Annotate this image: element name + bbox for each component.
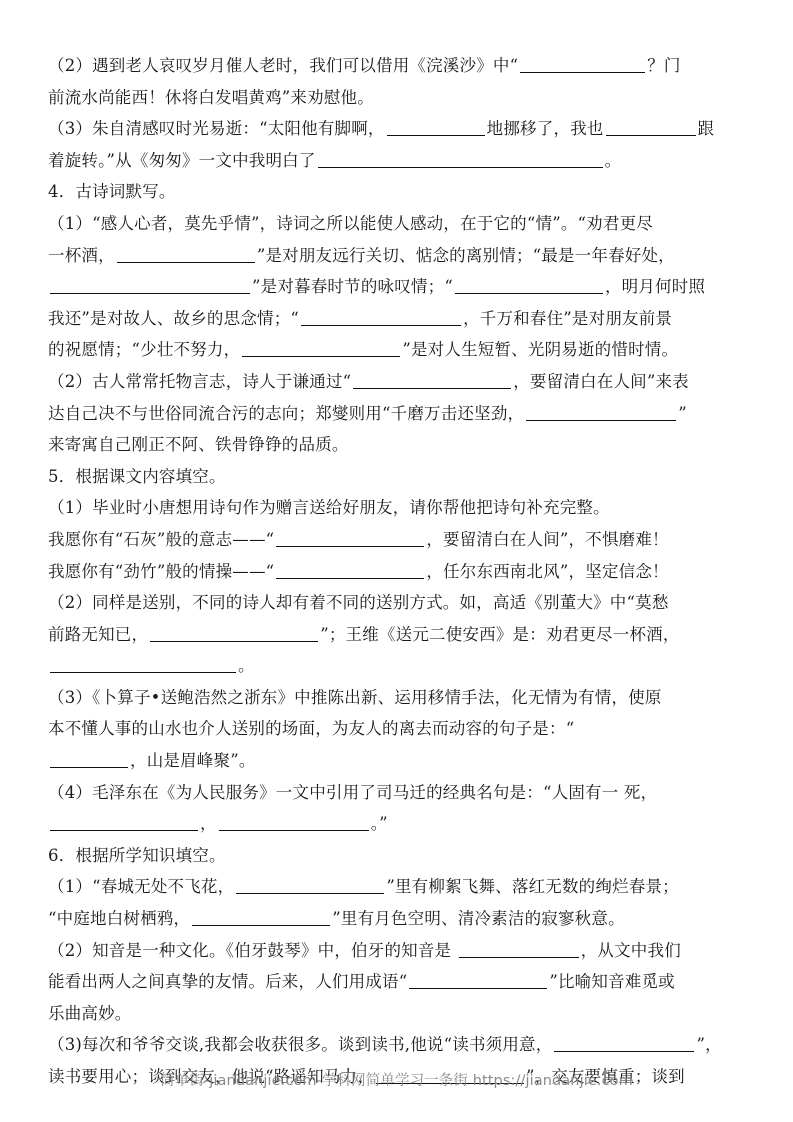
text-segment: ”是对朋友远行关切、惦念的离别情；“最是一年春好处， xyxy=(257,246,675,265)
text-segment: ” xyxy=(678,404,687,423)
text-segment: 5．根据课文内容填空。 xyxy=(48,467,226,486)
answer-blank[interactable] xyxy=(117,244,255,263)
text-segment: （1）“感人心者，莫先乎情”，诗词之所以能使人感动，在于它的“情”。“劝君更尽 xyxy=(48,214,653,233)
text-segment: （3）《卜算子•送鲍浩然之浙东》中推陈出新、运用移情手法，化无情为有情，使原 xyxy=(48,688,662,707)
text-line: ，。” xyxy=(48,808,748,840)
text-segment: （2）知音是一种文化。《伯牙鼓琴》中，伯牙的知音是 xyxy=(48,941,457,960)
text-segment: ？门 xyxy=(647,56,680,75)
text-line: 来寄寓自己刚正不阿、铁骨铮铮的品质。 xyxy=(48,429,748,461)
text-segment: ”是对人生短暂、光阴易逝的惜时情。 xyxy=(402,340,678,359)
text-line: 着旋转。”从《匆匆》一文中我明白了。 xyxy=(48,145,748,177)
text-line: （2）遇到老人哀叹岁月催人老时，我们可以借用《浣溪沙》中“？门 xyxy=(48,50,748,82)
answer-blank[interactable] xyxy=(276,560,424,579)
text-segment: ，明月何时照 xyxy=(605,277,705,296)
text-segment: （1）毕业时小唐想用诗句作为赠言送给好朋友，请你帮他把诗句补充完整。 xyxy=(48,498,610,517)
text-segment: ”比喻知音难觅或 xyxy=(549,972,675,991)
answer-blank[interactable] xyxy=(242,338,400,357)
answer-blank[interactable] xyxy=(301,307,461,326)
text-segment: 本不懂人事的山水也介人送别的场面，为友人的离去而动容的句子是：“ xyxy=(48,719,574,738)
answer-blank[interactable] xyxy=(353,370,511,389)
watermark-footer: 简单街-jiandanjie.com-学科网简单学习一条街 https://ji… xyxy=(0,1069,793,1090)
text-line: 。 xyxy=(48,650,748,682)
answer-blank[interactable] xyxy=(276,528,424,547)
text-line: 我愿你有“劲竹”般的情操——“，任尔东西南北风”，坚定信念！ xyxy=(48,556,748,588)
text-segment: 前流水尚能西！休将白发唱黄鸡”来劝慰他。 xyxy=(48,88,374,107)
text-segment: ，从文中我们 xyxy=(581,941,681,960)
text-segment: 4．古诗词默写。 xyxy=(48,182,176,201)
text-segment: ，山是眉峰聚”。 xyxy=(130,751,256,770)
text-line: （3）《卜算子•送鲍浩然之浙东》中推陈出新、运用移情手法，化无情为有情，使原 xyxy=(48,682,748,714)
answer-blank[interactable] xyxy=(318,149,603,168)
text-line: 能看出两人之间真挚的友情。后来，人们用成语“”比喻知音难觅或 xyxy=(48,966,748,998)
answer-blank[interactable] xyxy=(192,907,330,926)
text-line: ”是对暮春时节的咏叹情；“，明月何时照 xyxy=(48,271,748,303)
text-line: （2）古人常常托物言志，诗人于谦通过“，要留清白在人间”来表 xyxy=(48,366,748,398)
text-segment: 6．根据所学知识填空。 xyxy=(48,846,226,865)
text-segment: 。 xyxy=(238,656,255,675)
text-segment: （4）毛泽东在《为人民服务》一文中引用了司马迁的经典名句是：“人固有一 死， xyxy=(48,783,657,802)
text-segment: （3)每次和爷爷交谈,我都会收获很多。谈到读书,他说“读书须用意， xyxy=(48,1035,552,1054)
text-line: （1）“春城无处不飞花，”里有柳絮飞舞、落红无数的绚烂春景； xyxy=(48,871,748,903)
text-line: 我愿你有“石灰”般的意志——“，要留清白在人间”，不惧磨难！ xyxy=(48,524,748,556)
text-segment: 我还”是对故人、故乡的思念情；“ xyxy=(48,309,299,328)
text-segment: ”；王维《送元二使安西》是：劝君更尽一杯酒， xyxy=(320,625,679,644)
worksheet-page: （2）遇到老人哀叹岁月催人老时，我们可以借用《浣溪沙》中“？门前流水尚能西！休将… xyxy=(48,50,748,1093)
text-segment: ”是对暮春时节的咏叹情；“ xyxy=(252,277,453,296)
text-segment: （2）同样是送别，不同的诗人却有着不同的送别方式。如，高适《别董大》中“莫愁 xyxy=(48,593,669,612)
text-line: “中庭地白树栖鸦，”里有月色空明、清冷素洁的寂寥秋意。 xyxy=(48,903,748,935)
answer-blank[interactable] xyxy=(150,623,318,642)
text-segment: ， xyxy=(200,814,217,833)
text-line: （3）朱自清感叹时光易逝：“太阳他有脚啊，地挪移了，我也跟 xyxy=(48,113,748,145)
text-segment: 一杯酒， xyxy=(48,246,115,265)
text-line: （3)每次和爷爷交谈,我都会收获很多。谈到读书,他说“读书须用意，”， xyxy=(48,1029,748,1061)
text-segment: 达自己决不与世俗同流合污的志向；郑燮则用“千磨万击还坚劲， xyxy=(48,404,524,423)
answer-blank[interactable] xyxy=(554,1033,694,1052)
text-segment: “中庭地白树栖鸦， xyxy=(48,909,190,928)
text-segment: （1）“春城无处不飞花， xyxy=(48,877,234,896)
text-segment: 乐曲高妙。 xyxy=(48,1004,132,1023)
text-line: 前流水尚能西！休将白发唱黄鸡”来劝慰他。 xyxy=(48,82,748,114)
text-line: （2）知音是一种文化。《伯牙鼓琴》中，伯牙的知音是 ，从文中我们 xyxy=(48,935,748,967)
answer-blank[interactable] xyxy=(50,749,128,768)
text-segment: ，要留清白在人间”，不惧磨难！ xyxy=(426,530,668,549)
text-segment: 着旋转。”从《匆匆》一文中我明白了 xyxy=(48,151,316,170)
answer-blank[interactable] xyxy=(236,875,384,894)
text-segment: （3）朱自清感叹时光易逝：“太阳他有脚啊， xyxy=(48,119,385,138)
text-line: 前路无知已，”；王维《送元二使安西》是：劝君更尽一杯酒， xyxy=(48,619,748,651)
text-segment: 能看出两人之间真挚的友情。后来，人们用成语“ xyxy=(48,972,407,991)
answer-blank[interactable] xyxy=(387,117,485,136)
answer-blank[interactable] xyxy=(455,275,603,294)
text-segment: 跟 xyxy=(698,119,715,138)
text-segment: （2）遇到老人哀叹岁月催人老时，我们可以借用《浣溪沙》中“ xyxy=(48,56,518,75)
text-line: 我还”是对故人、故乡的思念情；“，千万和春住”是对朋友前景 xyxy=(48,303,748,335)
text-line: 达自己决不与世俗同流合污的志向；郑燮则用“千磨万击还坚劲，” xyxy=(48,398,748,430)
text-line: （1）“感人心者，莫先乎情”，诗词之所以能使人感动，在于它的“情”。“劝君更尽 xyxy=(48,208,748,240)
text-segment: 。 xyxy=(605,151,622,170)
text-segment: ，千万和春住”是对朋友前景 xyxy=(463,309,672,328)
text-line: 本不懂人事的山水也介人送别的场面，为友人的离去而动容的句子是：“ xyxy=(48,713,748,745)
text-segment: （2）古人常常托物言志，诗人于谦通过“ xyxy=(48,372,351,391)
text-line: 6．根据所学知识填空。 xyxy=(48,840,748,872)
answer-blank[interactable] xyxy=(526,402,676,421)
text-line: 5．根据课文内容填空。 xyxy=(48,461,748,493)
text-line: 乐曲高妙。 xyxy=(48,998,748,1030)
text-line: 一杯酒，”是对朋友远行关切、惦念的离别情；“最是一年春好处， xyxy=(48,240,748,272)
text-segment: ”， xyxy=(696,1035,721,1054)
answer-blank[interactable] xyxy=(50,654,236,673)
text-segment: 来寄寓自己刚正不阿、铁骨铮铮的品质。 xyxy=(48,435,349,454)
text-segment: ”里有月色空明、清冷素洁的寂寥秋意。 xyxy=(332,909,625,928)
text-segment: 我愿你有“劲竹”般的情操——“ xyxy=(48,562,274,581)
text-line: （2）同样是送别，不同的诗人却有着不同的送别方式。如，高适《别董大》中“莫愁 xyxy=(48,587,748,619)
text-segment: ，任尔东西南北风”，坚定信念！ xyxy=(426,562,668,581)
text-segment: 。” xyxy=(371,814,388,833)
text-line: ，山是眉峰聚”。 xyxy=(48,745,748,777)
text-segment: ”里有柳絮飞舞、落红无数的绚烂春景； xyxy=(386,877,679,896)
text-segment: ，要留清白在人间”来表 xyxy=(513,372,689,391)
text-line: 的祝愿情；“少壮不努力，”是对人生短暂、光阴易逝的惜时情。 xyxy=(48,334,748,366)
text-line: 4．古诗词默写。 xyxy=(48,176,748,208)
text-segment: 前路无知已， xyxy=(48,625,148,644)
answer-blank[interactable] xyxy=(606,117,696,136)
text-segment: 的祝愿情；“少壮不努力， xyxy=(48,340,240,359)
text-line: （4）毛泽东在《为人民服务》一文中引用了司马迁的经典名句是：“人固有一 死， xyxy=(48,777,748,809)
answer-blank[interactable] xyxy=(459,939,579,958)
answer-blank[interactable] xyxy=(50,812,198,831)
answer-blank[interactable] xyxy=(409,970,547,989)
text-line: （1）毕业时小唐想用诗句作为赠言送给好朋友，请你帮他把诗句补充完整。 xyxy=(48,492,748,524)
answer-blank[interactable] xyxy=(520,54,645,73)
answer-blank[interactable] xyxy=(50,275,250,294)
answer-blank[interactable] xyxy=(219,812,369,831)
text-segment: 地挪移了，我也 xyxy=(487,119,604,138)
text-segment: 我愿你有“石灰”般的意志——“ xyxy=(48,530,274,549)
